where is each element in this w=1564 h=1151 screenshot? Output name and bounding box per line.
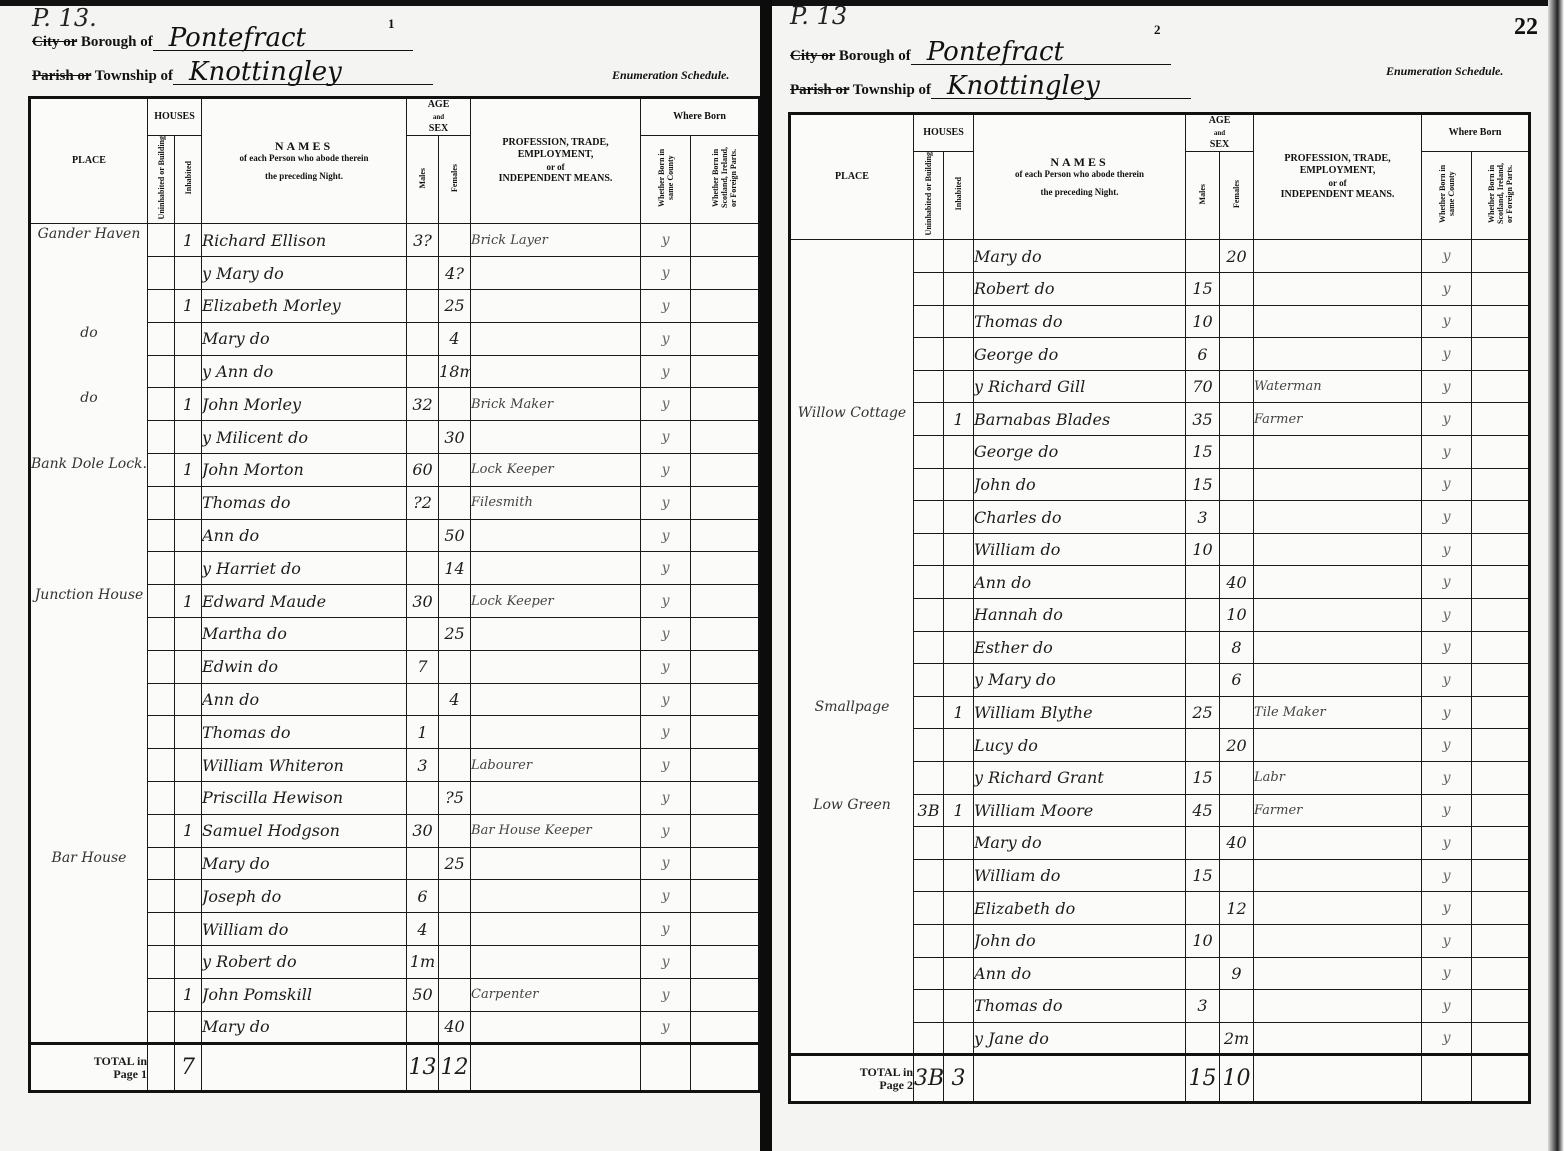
township-label: Township of [95,68,173,84]
borough-line: City or Borough ofPontefract [32,26,413,51]
left-page: P. 13. 1 City or Borough ofPontefract Pa… [0,0,760,1151]
female-age-cell: 4 [439,322,471,355]
female-age-cell [1220,501,1254,534]
born-county-cell: y [1422,729,1472,762]
inhabited-cell: 1 [175,290,202,323]
uninhabited-cell [914,240,944,273]
uninhabited-cell [148,290,175,323]
profession-cell: Lock Keeper [471,454,641,487]
born-county-cell: y [641,519,691,552]
male-age-cell: 15 [1186,761,1220,794]
born-county-cell: y [1422,696,1472,729]
uninhabited-cell [148,618,175,651]
prof-line2: EMPLOYMENT, [1254,165,1421,177]
inhabited-cell [175,880,202,913]
female-age-cell: 4 [439,683,471,716]
total-females: 12 [439,1044,471,1092]
township-value: Knottingley [931,74,1191,99]
male-age-cell: 3 [1186,501,1220,534]
profession-cell [1254,598,1422,631]
female-age-cell [1220,370,1254,403]
name-cell: Edwin do [202,650,407,683]
col-born-county: Whether Born in same County [1422,152,1472,240]
profession-cell: Waterman [1254,370,1422,403]
born-county-cell: y [641,585,691,618]
male-age-cell [1186,598,1220,631]
born-county-cell: y [641,782,691,815]
profession-cell [471,945,641,978]
borough-label: Borough of [839,48,911,64]
male-age-cell [407,290,439,323]
profession-cell [471,322,641,355]
born-abroad-cell [691,716,760,749]
profession-cell [471,782,641,815]
uninhabited-cell [914,729,944,762]
female-age-cell [439,945,471,978]
born-abroad-cell [1472,468,1530,501]
inhabited-cell: 1 [944,696,974,729]
township-label: Township of [853,82,931,98]
male-age-cell: 70 [1186,370,1220,403]
female-age-cell: 20 [1220,729,1254,762]
born-abroad-cell [691,421,760,454]
born-county-cell: y [1422,827,1472,860]
born-abroad-cell [1472,729,1530,762]
born-county-cell: y [641,814,691,847]
profession-cell [1254,468,1422,501]
female-age-cell: 4? [439,257,471,290]
total-label-line1: TOTAL in [31,1055,147,1068]
name-cell: Ann do [974,957,1186,990]
born-county-cell: y [641,454,691,487]
place-entry: do [31,325,147,341]
male-age-cell: 45 [1186,794,1220,827]
profession-cell [471,913,641,946]
total-label: TOTAL inPage 1 [30,1044,148,1092]
female-age-cell: 14 [439,552,471,585]
born-abroad-cell [1472,696,1530,729]
female-age-cell [439,814,471,847]
uninhabited-cell [914,566,944,599]
inhabited-cell: 1 [944,403,974,436]
inhabited-cell [944,566,974,599]
name-cell: Joseph do [202,880,407,913]
total-inhabited: 3 [944,1055,974,1103]
uninhabited-cell [148,978,175,1011]
uninhabited-cell [148,814,175,847]
born-abroad-cell [691,814,760,847]
inhabited-cell [944,338,974,371]
born-abroad-cell [691,618,760,651]
born-county-cell: y [641,388,691,421]
name-cell: Ann do [202,519,407,552]
born-county-cell: y [1422,631,1472,664]
inhabited-cell [944,761,974,794]
col-females: Females [1220,152,1254,240]
inhabited-cell [944,305,974,338]
name-cell: John Morton [202,454,407,487]
male-age-cell [1186,240,1220,273]
male-age-cell: 10 [1186,305,1220,338]
profession-cell [471,650,641,683]
profession-cell [1254,533,1422,566]
born-abroad-cell [1472,370,1530,403]
male-age-cell [407,552,439,585]
uninhabited-cell [148,322,175,355]
total-uninhabited [148,1044,175,1092]
profession-cell [471,683,641,716]
female-age-cell: 40 [439,1011,471,1044]
female-age-cell [1220,468,1254,501]
name-cell: Thomas do [202,716,407,749]
col-place: PLACE [30,98,148,224]
born-abroad-cell [1472,305,1530,338]
col-profession: PROFESSION, TRADE,EMPLOYMENT,or ofINDEPE… [1254,114,1422,240]
born-abroad-cell [1472,631,1530,664]
male-age-cell: 4 [407,913,439,946]
prof-line4: INDEPENDENT MEANS. [471,173,640,185]
born-abroad-cell [1472,827,1530,860]
profession-cell [471,618,641,651]
profession-cell: Bar House Keeper [471,814,641,847]
female-age-cell: 9 [1220,957,1254,990]
female-age-cell [1220,761,1254,794]
uninhabited-cell [914,501,944,534]
male-age-cell: 32 [407,388,439,421]
col-inhabited: Inhabited [944,152,974,240]
uninhabited-cell [914,370,944,403]
inhabited-cell: 1 [175,454,202,487]
born-abroad-cell [1472,892,1530,925]
borough-line: City or Borough ofPontefract [790,40,1171,65]
name-cell: Mary do [202,1011,407,1044]
female-age-cell: 20 [1220,240,1254,273]
col-inhabited: Inhabited [175,136,202,224]
inhabited-cell [944,827,974,860]
name-cell: Thomas do [974,990,1186,1023]
township-prefix: Parish or [790,82,849,98]
female-age-cell: 10 [1220,598,1254,631]
female-age-cell [1220,924,1254,957]
born-county-cell: y [641,290,691,323]
female-age-cell [1220,533,1254,566]
female-age-cell: 40 [1220,566,1254,599]
total-row: TOTAL inPage 171312 [30,1044,760,1092]
born-abroad-cell [691,290,760,323]
inhabited-cell: 1 [175,978,202,1011]
male-age-cell [407,847,439,880]
born-abroad-cell [1472,859,1530,892]
name-cell: Ann do [202,683,407,716]
male-age-cell [1186,664,1220,697]
male-age-cell [407,782,439,815]
uninhabited-cell [148,880,175,913]
book-right-edge [1548,0,1564,1151]
male-age-cell [407,355,439,388]
profession-cell: Filesmith [471,486,641,519]
schedule-label: Enumeration Schedule. [1386,64,1503,79]
born-county-cell: y [641,421,691,454]
male-age-cell: 25 [1186,696,1220,729]
profession-cell [1254,859,1422,892]
profession-cell [471,355,641,388]
total-label-line1: TOTAL in [791,1066,913,1079]
name-cell: John do [974,924,1186,957]
prof-line1: PROFESSION, TRADE, [1254,153,1421,165]
name-cell: Samuel Hodgson [202,814,407,847]
name-cell: y Mary do [202,257,407,290]
uninhabited-cell [148,224,175,257]
female-age-cell [1220,273,1254,306]
inhabited-cell [175,650,202,683]
females-label: Females [1232,180,1241,208]
profession-cell [1254,924,1422,957]
col-houses: HOUSES [148,98,202,136]
male-age-cell [407,1011,439,1044]
prof-line2: EMPLOYMENT, [471,149,640,161]
inhabited-label: Inhabited [954,177,963,210]
female-age-cell [1220,859,1254,892]
inhabited-cell: 1 [175,224,202,257]
profession-cell [471,880,641,913]
male-age-cell [407,322,439,355]
male-age-cell: 15 [1186,273,1220,306]
born-abroad-cell [1472,924,1530,957]
name-cell: Mary do [974,240,1186,273]
born-county-cell: y [1422,566,1472,599]
uninhabited-cell [914,533,944,566]
inhabited-cell [944,859,974,892]
uninhabited-cell [148,486,175,519]
census-table-page-2: PLACE HOUSES NAMESof each Person who abo… [788,112,1531,1104]
born-county-cell: y [1422,240,1472,273]
uninhabited-cell [148,257,175,290]
township-value: Knottingley [173,60,433,85]
female-age-cell [1220,403,1254,436]
female-age-cell [439,913,471,946]
inhabited-cell [175,749,202,782]
total-profession-blank [1254,1055,1422,1103]
name-cell: George do [974,338,1186,371]
name-cell: Thomas do [202,486,407,519]
inhabited-cell [175,782,202,815]
total-uninhabited: 3B [914,1055,944,1103]
name-cell: Mary do [202,322,407,355]
born-abroad-cell [691,355,760,388]
uninhabited-label: Uninhabited or Building [924,152,933,235]
uninhabited-cell [914,990,944,1023]
born-county-cell: y [1422,403,1472,436]
males-label: Males [1198,184,1207,204]
total-label-line2: Page 2 [791,1079,913,1092]
male-age-cell: 6 [1186,338,1220,371]
inhabited-cell [175,1011,202,1044]
profession-cell: Lock Keeper [471,585,641,618]
name-cell: Esther do [974,631,1186,664]
male-age-cell [1186,566,1220,599]
inhabited-cell [944,631,974,664]
inhabited-cell [175,716,202,749]
names-sub2: the preceding Night. [974,186,1185,198]
born-county-cell: y [1422,859,1472,892]
uninhabited-cell [148,585,175,618]
born-abroad-cell [691,388,760,421]
born-abroad-label: Whether Born in Scotland, Ireland, or Fo… [1487,161,1514,227]
born-county-cell: y [641,552,691,585]
female-age-cell [439,585,471,618]
inhabited-cell [175,355,202,388]
born-county-cell: y [641,716,691,749]
name-cell: William Whiteron [202,749,407,782]
born-county-cell: y [641,1011,691,1044]
profession-cell [471,1011,641,1044]
female-age-cell: 25 [439,618,471,651]
names-title: NAMES [974,156,1185,168]
inhabited-cell [175,683,202,716]
total-label: TOTAL inPage 2 [790,1055,914,1103]
born-abroad-cell [1472,403,1530,436]
profession-cell: Carpenter [471,978,641,1011]
inhabited-cell [175,847,202,880]
female-age-cell [439,716,471,749]
female-age-cell [439,388,471,421]
name-cell: George do [974,436,1186,469]
name-cell: Mary do [202,847,407,880]
profession-cell [1254,827,1422,860]
profession-cell [471,257,641,290]
profession-cell: Tile Maker [1254,696,1422,729]
name-cell: Elizabeth Morley [202,290,407,323]
inhabited-cell: 1 [944,794,974,827]
inhabited-cell [944,924,974,957]
uninhabited-cell [914,598,944,631]
profession-cell [1254,305,1422,338]
male-age-cell [1186,827,1220,860]
males-label: Males [418,168,427,188]
col-males: Males [1186,152,1220,240]
total-profession-blank [471,1044,641,1092]
inhabited-cell [944,892,974,925]
born-abroad-cell [1472,990,1530,1023]
female-age-cell: 25 [439,847,471,880]
col-age-sex: AGEandSEX [407,98,471,136]
born-abroad-cell [1472,501,1530,534]
born-county-cell: y [641,945,691,978]
name-cell: Martha do [202,618,407,651]
profession-cell [1254,892,1422,925]
profession-cell: Brick Layer [471,224,641,257]
total-label-line2: Page 1 [31,1068,147,1081]
name-cell: y Ann do [202,355,407,388]
uninhabited-cell [914,1022,944,1055]
uninhabited-cell [148,355,175,388]
female-age-cell: 18m [439,355,471,388]
inhabited-cell [944,664,974,697]
profession-cell [1254,566,1422,599]
born-county-cell: y [1422,957,1472,990]
female-age-cell: ?5 [439,782,471,815]
born-county-label: Whether Born in same County [1438,161,1456,227]
born-abroad-cell [1472,436,1530,469]
profession-cell [1254,240,1422,273]
col-profession: PROFESSION, TRADE,EMPLOYMENT,or ofINDEPE… [471,98,641,224]
born-county-cell: y [641,322,691,355]
name-cell: William do [974,533,1186,566]
male-age-cell [407,618,439,651]
born-abroad-cell [691,683,760,716]
inhabited-cell [944,1022,974,1055]
born-county-cell: y [641,486,691,519]
uninhabited-cell [148,519,175,552]
place-entry: Bar House [31,850,147,866]
profession-cell: Farmer [1254,794,1422,827]
place-entry: Bank Dole Lock. [31,456,147,472]
male-age-cell: 35 [1186,403,1220,436]
place-column: Willow CottageSmallpageLow Green [790,240,914,1055]
male-age-cell: 15 [1186,436,1220,469]
male-age-cell [407,683,439,716]
male-age-cell [407,421,439,454]
born-county-cell: y [641,978,691,1011]
male-age-cell: 10 [1186,533,1220,566]
col-uninhabited: Uninhabited or Building [148,136,175,224]
born-abroad-cell [691,749,760,782]
female-age-cell: 50 [439,519,471,552]
born-county-cell: y [1422,598,1472,631]
inhabited-cell [175,618,202,651]
piece-reference: P. 13 [790,2,847,30]
female-age-cell: 30 [439,421,471,454]
male-age-cell [1186,892,1220,925]
uninhabited-cell [148,388,175,421]
name-cell: y Robert do [202,945,407,978]
uninhabited-cell [914,468,944,501]
born-abroad-cell [691,552,760,585]
name-cell: Charles do [974,501,1186,534]
female-age-cell [439,880,471,913]
col-houses: HOUSES [914,114,974,152]
born-abroad-label: Whether Born in Scotland, Ireland, or Fo… [711,143,738,213]
table-row: Willow CottageSmallpageLow GreenMary do2… [790,240,1530,273]
profession-cell [1254,729,1422,762]
born-county-cell: y [1422,924,1472,957]
name-cell: y Richard Gill [974,370,1186,403]
born-abroad-cell [691,224,760,257]
born-abroad-cell [1472,664,1530,697]
female-age-cell: 25 [439,290,471,323]
inhabited-cell [944,729,974,762]
borough-value: Pontefract [911,40,1171,65]
name-cell: y Milicent do [202,421,407,454]
uninhabited-cell [148,847,175,880]
born-county-cell: y [1422,436,1472,469]
age-sex: SEX [1186,139,1253,151]
profession-cell [1254,1022,1422,1055]
inhabited-cell [175,913,202,946]
profession-cell [1254,338,1422,371]
born-county-cell: y [641,683,691,716]
uninhabited-cell [148,749,175,782]
born-abroad-cell [1472,794,1530,827]
uninhabited-cell [148,683,175,716]
inhabited-cell [944,990,974,1023]
total-males: 13 [407,1044,439,1092]
inhabited-cell [175,945,202,978]
born-abroad-cell [691,519,760,552]
born-county-cell: y [641,224,691,257]
female-age-cell: 6 [1220,664,1254,697]
male-age-cell: 50 [407,978,439,1011]
